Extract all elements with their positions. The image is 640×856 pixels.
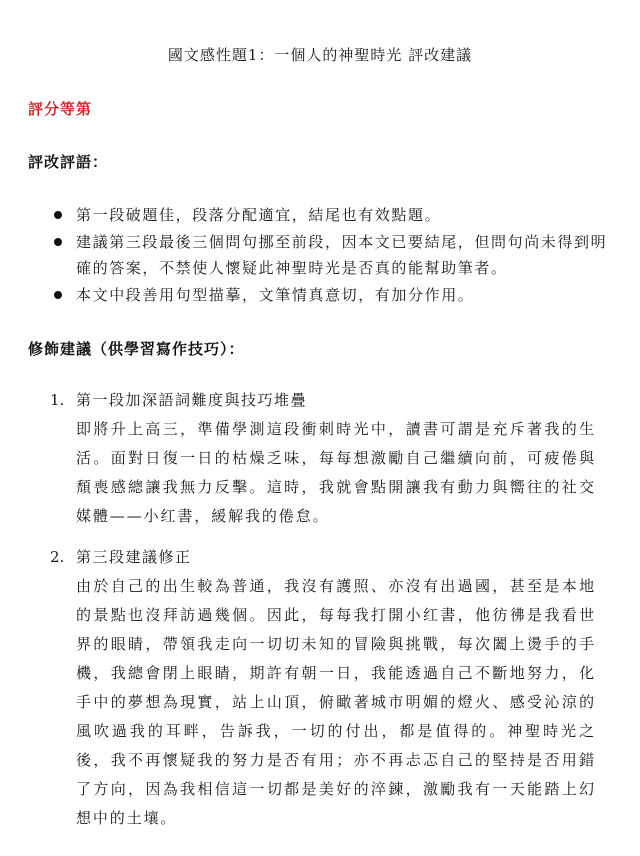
suggestion-text: 即將升上高三，準備學測這段衝刺時光中，讀書可謂是充斥著我的生活。面對日復一日的枯… <box>76 415 596 531</box>
comment-text: 本文中段善用句型描摹，文筆情真意切，有加分作用。 <box>76 286 474 304</box>
comments-heading: 評改評語： <box>28 151 108 172</box>
comment-item: 建議第三段最後三個問句挪至前段，因本文已要結尾，但問句尚未得到明確的答案，不禁使… <box>50 229 610 281</box>
suggestion-text: 由於自己的出生較為普通，我沒有護照、亦沒有出過國，甚至是本地的景點也沒拜訪過幾個… <box>76 572 596 833</box>
document-title: 國文感性題1：一個人的神聖時光 評改建議 <box>0 44 640 65</box>
comment-item: 本文中段善用句型描摹，文筆情真意切，有加分作用。 <box>50 282 610 308</box>
bullet-icon <box>54 238 62 246</box>
comment-text: 第一段破題佳，段落分配適宜，結尾也有效點題。 <box>76 206 441 224</box>
suggestion-heading: 第一段加深語詞難度與技巧堆疊 <box>76 386 620 415</box>
suggestion-number: 1. <box>50 386 64 415</box>
suggestion-item: 2. 第三段建議修正 由於自己的出生較為普通，我沒有護照、亦沒有出過國，甚至是本… <box>50 543 620 833</box>
suggestions-heading: 修飾建議（供學習寫作技巧）： <box>28 338 245 359</box>
bullet-icon <box>54 211 62 219</box>
suggestion-number: 2. <box>50 543 64 572</box>
grade-heading: 評分等第 <box>28 98 92 119</box>
comment-item: 第一段破題佳，段落分配適宜，結尾也有效點題。 <box>50 202 610 228</box>
comment-text: 建議第三段最後三個問句挪至前段，因本文已要結尾，但問句尚未得到明確的答案，不禁使… <box>76 233 607 277</box>
suggestion-heading: 第三段建議修正 <box>76 543 620 572</box>
bullet-icon <box>54 291 62 299</box>
suggestion-item: 1. 第一段加深語詞難度與技巧堆疊 即將升上高三，準備學測這段衝刺時光中，讀書可… <box>50 386 620 531</box>
comments-list: 第一段破題佳，段落分配適宜，結尾也有效點題。 建議第三段最後三個問句挪至前段，因… <box>50 202 610 309</box>
